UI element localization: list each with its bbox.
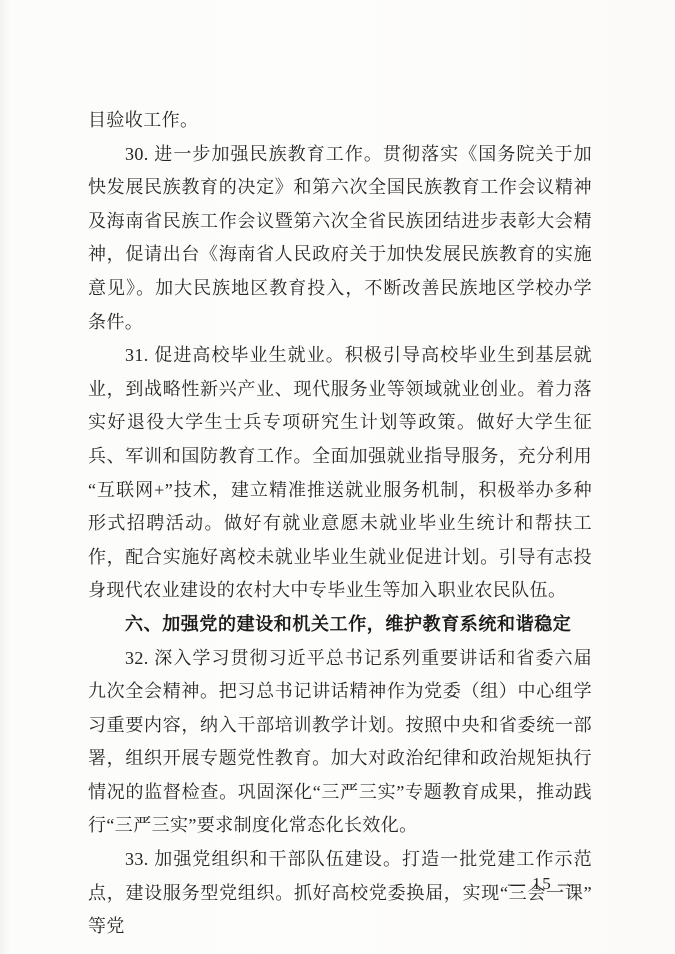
section-heading-6: 六、加强党的建设和机关工作，维护教育系统和谐稳定 (88, 608, 592, 642)
page-body-text: 目验收工作。 30. 进一步加强民族教育工作。贯彻落实《国务院关于加快发展民族教… (88, 104, 592, 944)
paragraph-continuation: 目验收工作。 (88, 104, 592, 138)
page-number: — 15 — (508, 872, 577, 896)
paragraph-31: 31. 促进高校毕业生就业。积极引导高校毕业生到基层就业，到战略性新兴产业、现代… (88, 339, 592, 608)
scanned-document-page: 目验收工作。 30. 进一步加强民族教育工作。贯彻落实《国务院关于加快发展民族教… (0, 0, 675, 954)
paragraph-30: 30. 进一步加强民族教育工作。贯彻落实《国务院关于加快发展民族教育的决定》和第… (88, 138, 592, 340)
paragraph-32: 32. 深入学习贯彻习近平总书记系列重要讲话和省委六届九次全会精神。把习总书记讲… (88, 642, 592, 844)
